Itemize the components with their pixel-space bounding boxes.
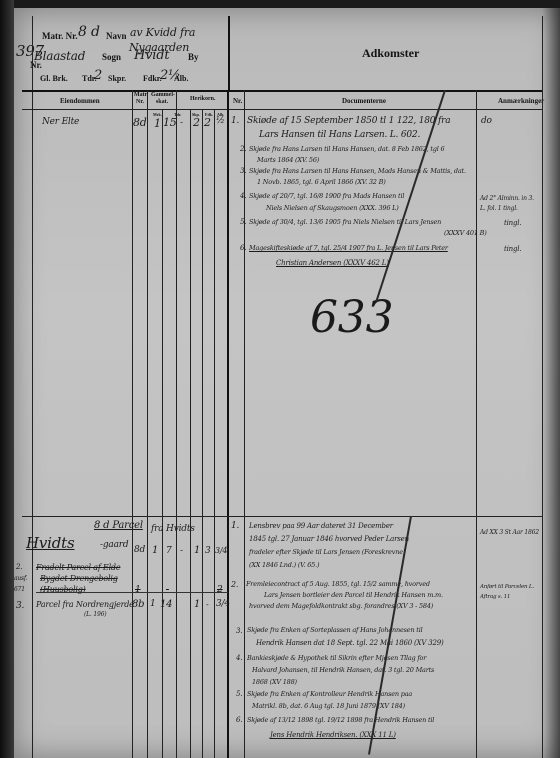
rule-section-divider xyxy=(22,516,542,517)
parcel-alb: 3/4 xyxy=(215,546,227,555)
matr-nr-label: Matr. Nr. xyxy=(42,31,78,41)
entry-note: Anført til Parcelen L. Aftrag s. 11 xyxy=(480,582,542,602)
struck-value: 1 xyxy=(135,585,141,595)
row-side: 671 xyxy=(14,586,25,593)
entry-nr: 1. xyxy=(231,116,239,126)
struck-value: 2 xyxy=(217,585,223,595)
fdkr-label: Fdkr. xyxy=(143,74,162,83)
navn-label: Navn xyxy=(106,31,127,41)
parcel3-skp: 1 xyxy=(194,599,200,610)
struck-row: Bygdet Drengebolig xyxy=(40,574,118,583)
rule-col xyxy=(147,90,148,758)
rule-col xyxy=(132,90,133,758)
entry-line: Skjøde fra Hans Larsen til Hans Hansen, … xyxy=(249,145,444,153)
entry-line: Hendrik Hansen dat 18 Sept. tgl. 22 Mai … xyxy=(256,639,444,647)
row-side: 3. xyxy=(16,601,24,611)
matr-nr-value: 8 d xyxy=(78,24,100,40)
rule-col xyxy=(214,109,215,758)
col-eiendommen: Eiendommen xyxy=(60,97,100,105)
parcel3-fdk: - xyxy=(206,600,209,609)
property-skp: 2 xyxy=(193,116,200,129)
col-nr: Nr. xyxy=(233,97,242,105)
entry-nr: 5. xyxy=(240,218,246,226)
entry-line: (XXXV 401 B) xyxy=(444,229,487,237)
page-title: Adkomster xyxy=(362,46,419,61)
entry-nr: 3. xyxy=(236,627,242,635)
parcel3-mrk: 1 xyxy=(150,599,156,609)
rule-col xyxy=(476,90,477,758)
entry-nr: 6. xyxy=(236,716,242,724)
entry-note: Ad XX 3 St Aar 1862 xyxy=(480,529,539,536)
strike-line xyxy=(36,592,228,593)
parcel3-name-2: (L. 196) xyxy=(84,611,106,618)
sogn-label: Sogn xyxy=(102,52,121,62)
parcel-sub: -gaard xyxy=(100,540,128,550)
entry-line: Skjøde af 30/4, tgl. 13/6 1905 fra Niels… xyxy=(249,218,441,226)
entry-line: Fremleiecontract af 5 Aug. 1855, tgl. 15… xyxy=(246,580,430,588)
entry-nr: 1. xyxy=(231,521,239,531)
entry-line: 1845 tgl. 27 Januar 1846 hvorved Peder L… xyxy=(249,535,409,543)
row-side: ausf. xyxy=(14,575,27,582)
entry-nr: 5. xyxy=(236,690,242,698)
entry-line: Matrikl. 8b, dat. 6 Aug tgl. 18 Juni 187… xyxy=(252,702,405,710)
entry-line: Skjøde fra Enken af Kontrolleur Hendrik … xyxy=(247,690,412,698)
property-tdr: - xyxy=(180,118,183,128)
entry-nr: 6. xyxy=(240,244,246,252)
col-documenterne: Documenterne xyxy=(342,97,386,105)
entry-nr: 3. xyxy=(240,167,246,175)
parcel3-name: Parcel fra Nordrengjerde xyxy=(36,600,134,609)
rule-right xyxy=(542,16,543,758)
col-anmaerkninger: Anmærkninger xyxy=(498,97,544,105)
entry-note: Ad 2° Alminn. in 3. L. fol. 1 tingl. xyxy=(480,194,540,214)
rule-header-bottom xyxy=(22,90,542,92)
entry-line: Skiøde af 15 September 1850 tl 1 122, 18… xyxy=(247,116,450,126)
sogn-prefix: Blaastad xyxy=(34,49,85,63)
navn-value: av Kvidd fra xyxy=(130,26,195,39)
rule-col xyxy=(227,90,229,758)
rule-header-divider xyxy=(228,16,230,90)
entry-nr: 2. xyxy=(231,580,238,589)
entry-line: Mageskifteskiøde af 7, tgl. 25/4 1907 fr… xyxy=(249,244,448,252)
row-side: 2. xyxy=(16,563,22,571)
entry-note: tingl. xyxy=(504,219,521,227)
rule-left xyxy=(32,16,33,758)
property-name: Ner Elte xyxy=(42,117,79,127)
entry-nr: 4. xyxy=(240,192,246,200)
property-matr-nr: 8d xyxy=(133,116,147,129)
entry-note: tingl. xyxy=(504,245,521,253)
entry-line: (XX 1846 Lnd.) (V. 65.) xyxy=(249,561,319,569)
entry-line: Skjøde af 20/7, tgl. 16/8 1900 fra Mads … xyxy=(249,192,404,200)
rule-col xyxy=(244,90,245,758)
folio-number: 633 xyxy=(310,292,393,343)
col-gammel-skat: Gammel-skat. xyxy=(151,92,173,106)
entry-line: Niels Nielsen af Skaugsmoen (XXX. 396 L) xyxy=(266,204,399,212)
rule-col xyxy=(190,109,191,758)
parcel-tdr: - xyxy=(180,546,183,556)
struck-value: - xyxy=(166,585,169,595)
property-mrk: 1 xyxy=(154,117,161,130)
rule-col xyxy=(202,109,203,758)
entry-line: 1 Novb. 1865, tgl. 6 April 1866 (XV. 32 … xyxy=(257,178,386,186)
entry-line: Lensbrev paa 99 Aar dateret 31 December xyxy=(249,522,393,530)
parcel-sk: 7 xyxy=(166,546,172,556)
parcel3-sk: 14 xyxy=(160,599,172,610)
entry-line: Halvard Johansen, til Hendrik Hansen, da… xyxy=(252,666,434,674)
sogn-value: Hvidt xyxy=(134,48,169,63)
entry-nr: 2. xyxy=(240,145,246,153)
entry-line: Christian Andersen (XXXV 462 L) xyxy=(276,259,389,267)
parcel-header: 8 d Parcel xyxy=(94,520,143,531)
parcel-from: fra Hvidts xyxy=(151,524,195,534)
parcel-fdk: 3 xyxy=(205,546,211,556)
entry-line: Lars Hansen til Hans Larsen. L. 602. xyxy=(259,130,420,140)
book-binding-edge xyxy=(0,0,14,758)
alb-label: Alb. xyxy=(174,74,188,83)
entry-line: Skjøde fra Hans Larsen til Hans Hansen, … xyxy=(249,167,466,175)
parcel3-alb: 3/4 xyxy=(216,599,230,609)
struck-row: Fradelt Parcel af Elde xyxy=(36,563,120,572)
property-fdk: 2 xyxy=(204,116,211,129)
entry-line: Marts 1864 (XV. 56) xyxy=(257,156,319,164)
parcel3-matr-nr: 8b xyxy=(132,599,144,610)
entry-line: hvorved dem Magefoldkontrakt sbg. forand… xyxy=(249,602,433,610)
entry-line: Skjøde af 13/12 1898 tgl. 19/12 1898 fra… xyxy=(247,716,434,724)
rule-col xyxy=(162,109,163,758)
col-herikorn: Herikorn. xyxy=(190,96,216,102)
tdr-value: 2 xyxy=(94,68,102,83)
parcel-matr-nr: 8d xyxy=(134,545,145,555)
entry-line: Jens Hendrik Hendriksen. (XXX 11 L) xyxy=(270,731,396,739)
entry-nr: 4. xyxy=(236,654,242,662)
gl-brk-label: Gl. Brk. xyxy=(40,74,68,83)
property-sk: 15 xyxy=(163,116,177,129)
entry-note: do xyxy=(481,116,492,126)
property-alb: ½ xyxy=(216,116,225,126)
parcel-name: Hvidts xyxy=(26,534,74,552)
entry-line: Skjøde fra Enken af Sorteplassen af Hans… xyxy=(247,626,422,634)
col-matr-nr: Matr. Nr. xyxy=(134,92,146,106)
ledger-page: 397 Nr. Matr. Nr. 8 d Navn av Kvidd fra … xyxy=(14,8,560,758)
entry-line: 1868 (XV 188) xyxy=(252,678,297,686)
skpr-label: Skpr. xyxy=(108,74,126,83)
entry-line: Bankieskjøde & Hypothek til Sikrin efter… xyxy=(247,654,426,662)
entry-line: fradeler efter Skjøde til Lars Jensen (F… xyxy=(249,548,405,556)
rule-colheader-bottom xyxy=(22,109,542,110)
by-label: By xyxy=(188,52,199,62)
entry-line: Lars Jensen bortleier den Parcel til Hen… xyxy=(264,591,443,599)
parcel-skp: 1 xyxy=(194,545,200,556)
parcel-mrk: 1 xyxy=(152,545,158,556)
rule-col xyxy=(176,90,177,758)
